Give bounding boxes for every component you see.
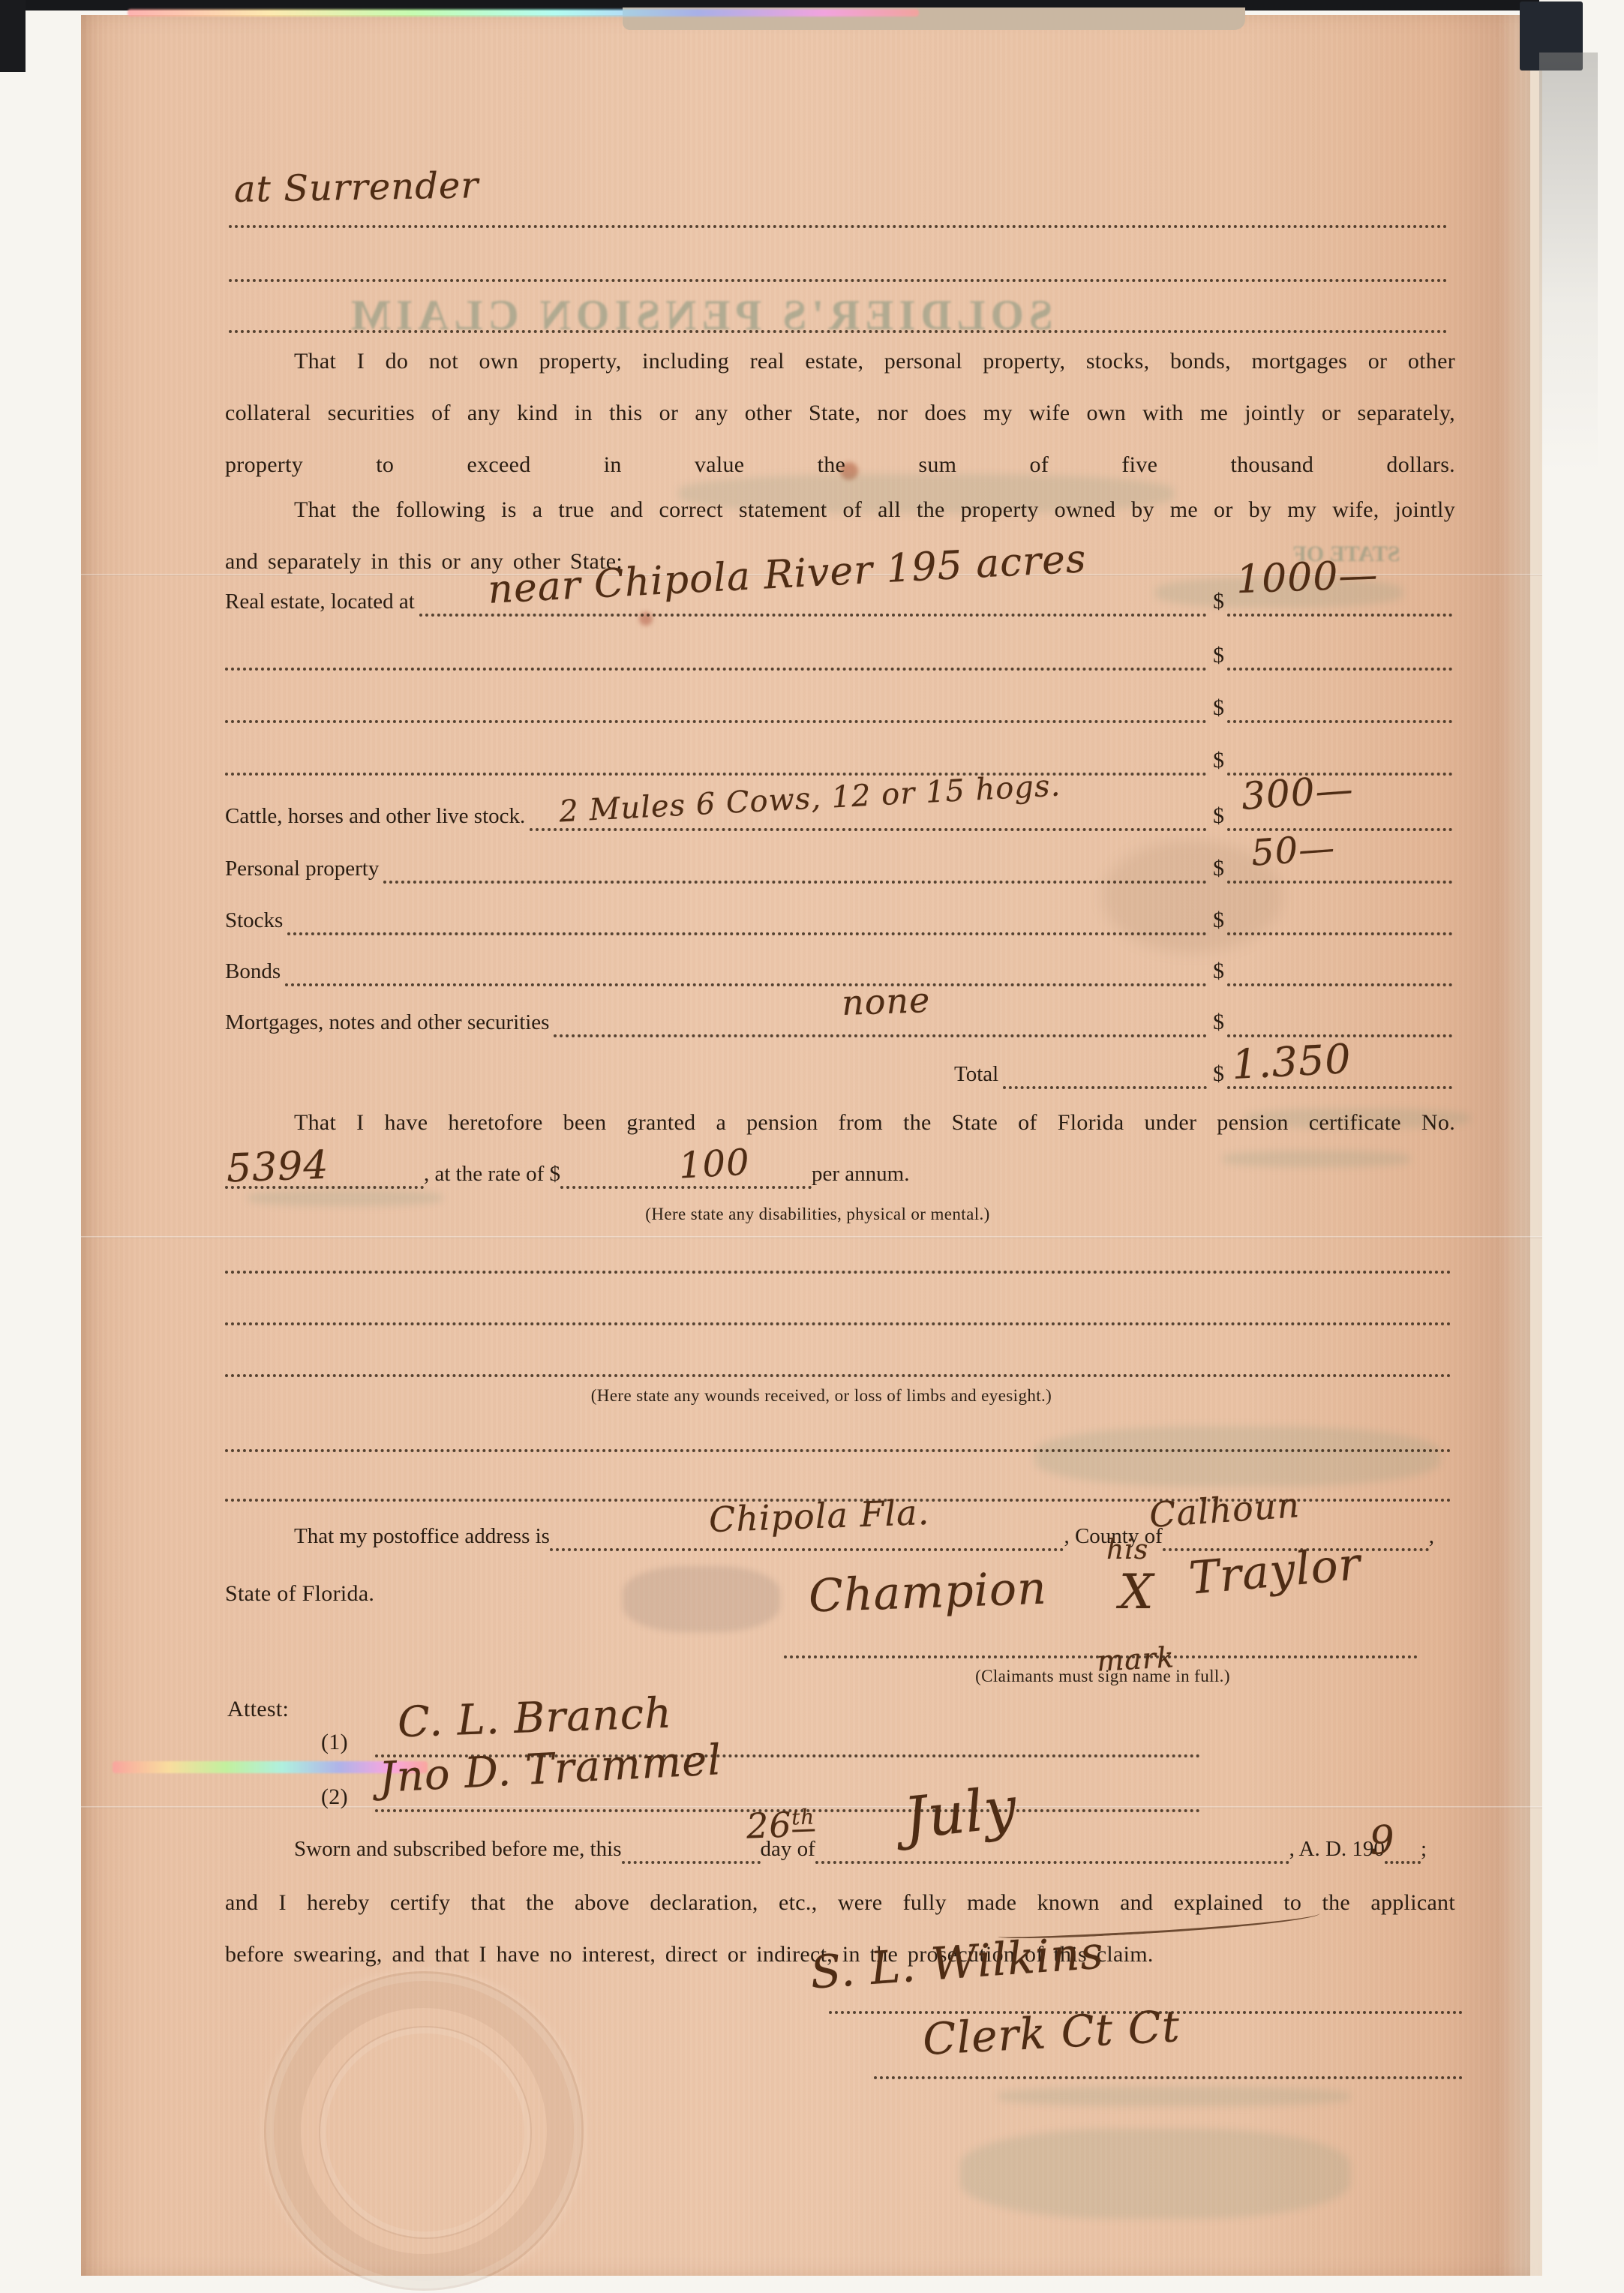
handwritten-day: 26th bbox=[746, 1803, 815, 1846]
sworn-end: ; bbox=[1421, 1834, 1427, 1864]
dollar-sign: $ bbox=[1207, 641, 1227, 671]
dollar-sign: $ bbox=[1207, 587, 1227, 617]
state-of-florida-line: State of Florida. bbox=[225, 1581, 374, 1607]
trailing-comma: , bbox=[1429, 1521, 1434, 1551]
handwritten-year-digit: 9 bbox=[1368, 1817, 1397, 1864]
handwritten-personal-property-amount: 50— bbox=[1250, 827, 1337, 875]
embossed-seal bbox=[264, 1971, 584, 2291]
row-amount-line bbox=[1227, 902, 1452, 935]
sworn-line: Sworn and subscribed before me, this day… bbox=[294, 1832, 1427, 1864]
handwritten-postoffice: Chipola Fla. bbox=[708, 1492, 930, 1540]
handwritten-day-number: 26 bbox=[746, 1804, 792, 1846]
property-row-blank: $ bbox=[225, 690, 1452, 723]
row-amount-line bbox=[1227, 953, 1452, 986]
row-dotted-fill bbox=[383, 851, 1207, 884]
property-row-blank: $ bbox=[225, 638, 1452, 671]
dollar-sign: $ bbox=[1207, 1059, 1227, 1089]
scanner-corner-shadow bbox=[0, 0, 26, 72]
pension-certificate-line: That I have heretofore been granted a pe… bbox=[225, 1097, 1455, 1148]
row-dotted-fill bbox=[285, 953, 1207, 986]
dollar-sign: $ bbox=[1207, 905, 1227, 935]
scanned-document: SOLDIER'S PENSION CLAIM STATE OF at Surr… bbox=[0, 0, 1624, 2293]
declaration-line: That I do not own property, including re… bbox=[225, 335, 1455, 387]
property-row-blank: $ bbox=[225, 743, 1452, 776]
entry-line bbox=[229, 330, 1448, 333]
statement-line: That the following is a true and correct… bbox=[225, 484, 1455, 536]
pension-rate-line: , at the rate of $ per annum. bbox=[225, 1159, 975, 1189]
row-label: Cattle, horses and other live stock. bbox=[225, 801, 530, 831]
dollar-sign: $ bbox=[1207, 956, 1227, 986]
entry-line bbox=[225, 1449, 1451, 1452]
pension-line: That I have heretofore been granted a pe… bbox=[225, 1097, 1455, 1148]
row-amount-line bbox=[1227, 638, 1452, 671]
handwritten-certificate-number: 5394 bbox=[226, 1143, 329, 1192]
property-row-stocks: Stocks $ bbox=[225, 902, 1452, 935]
postoffice-prefix: That my postoffice address is bbox=[294, 1521, 550, 1551]
rate-text: , at the rate of $ bbox=[424, 1159, 560, 1189]
clerk-title-line bbox=[874, 2076, 1463, 2079]
total-row: Total $ bbox=[954, 1056, 1452, 1089]
disabilities-caption: (Here state any disabilities, physical o… bbox=[518, 1205, 1118, 1224]
dollar-sign: $ bbox=[1207, 854, 1227, 884]
handwritten-mortgages-value: none bbox=[841, 980, 931, 1023]
handwritten-livestock-amount: 300— bbox=[1240, 767, 1355, 818]
bleedthrough-blob bbox=[998, 2087, 1350, 2106]
sleeve-crease-streaks bbox=[1539, 53, 1598, 473]
fold-crease bbox=[81, 1236, 1542, 1238]
declaration-paragraph: That I do not own property, including re… bbox=[225, 335, 1455, 491]
embossed-seal-inner-ring bbox=[319, 2026, 532, 2239]
entry-line bbox=[229, 225, 1448, 228]
row-dotted-fill bbox=[225, 638, 1207, 671]
wounds-caption: (Here state any wounds received, or loss… bbox=[521, 1386, 1121, 1406]
declaration-line: property to exceed in value the sum of f… bbox=[225, 439, 1455, 491]
row-dotted-fill bbox=[1003, 1056, 1207, 1089]
entry-line bbox=[225, 1271, 1451, 1274]
handwritten-witness-1: C. L. Branch bbox=[397, 1689, 673, 1748]
row-label: Bonds bbox=[225, 956, 285, 986]
handwritten-real-estate-amount: 1000— bbox=[1235, 553, 1379, 603]
bleedthrough-blob bbox=[1035, 1427, 1440, 1487]
witness-2-number: (2) bbox=[321, 1784, 348, 1810]
row-label: Personal property bbox=[225, 854, 383, 884]
attest-label: Attest: bbox=[227, 1697, 289, 1722]
holographic-glare-top bbox=[128, 9, 919, 17]
row-amount-line bbox=[1227, 690, 1452, 723]
row-dotted-fill bbox=[287, 902, 1207, 935]
dollar-sign: $ bbox=[1207, 693, 1227, 723]
handwritten-signature-first: Champion bbox=[808, 1562, 1048, 1622]
graphite-smudge bbox=[623, 1566, 780, 1632]
handwritten-rate-amount: 100 bbox=[678, 1142, 751, 1187]
rate-suffix: per annum. bbox=[812, 1159, 909, 1189]
entry-line bbox=[225, 1322, 1451, 1325]
row-dotted-fill bbox=[225, 690, 1207, 723]
certify-line: and I hereby certify that the above decl… bbox=[225, 1877, 1455, 1928]
bleedthrough-blob bbox=[248, 1190, 443, 1206]
row-label: Stocks bbox=[225, 905, 287, 935]
bleedthrough-blob bbox=[960, 2129, 1350, 2219]
handwritten-x-mark: X bbox=[1119, 1565, 1154, 1620]
property-row-bonds: Bonds $ bbox=[225, 953, 1452, 986]
property-row-mortgages: Mortgages, notes and other securities $ bbox=[225, 1004, 1452, 1037]
handwritten-surrender-entry: at Surrender bbox=[234, 164, 479, 211]
handwritten-total-amount: 1.350 bbox=[1230, 1035, 1352, 1088]
handwritten-day-ordinal: th bbox=[791, 1804, 815, 1832]
row-label: Real estate, located at bbox=[225, 587, 419, 617]
row-label: Mortgages, notes and other securities bbox=[225, 1007, 554, 1037]
row-amount-line bbox=[1227, 1004, 1452, 1037]
dollar-sign: $ bbox=[1207, 801, 1227, 831]
dollar-sign: $ bbox=[1207, 746, 1227, 776]
day-entry-line bbox=[622, 1831, 761, 1864]
month-entry-line bbox=[815, 1831, 1289, 1864]
handwritten-his: his bbox=[1106, 1535, 1148, 1565]
entry-line bbox=[225, 1374, 1451, 1377]
dollar-sign: $ bbox=[1207, 1007, 1227, 1037]
witness-1-number: (1) bbox=[321, 1730, 348, 1755]
declaration-line: collateral securities of any kind in thi… bbox=[225, 387, 1455, 439]
handwritten-month: July bbox=[901, 1773, 1020, 1851]
handwritten-mark: mark bbox=[1096, 1640, 1175, 1677]
entry-line bbox=[229, 279, 1448, 282]
total-label: Total bbox=[954, 1059, 1003, 1089]
sworn-prefix: Sworn and subscribed before me, this bbox=[294, 1834, 622, 1864]
bleedthrough-blob bbox=[1223, 1151, 1410, 1167]
